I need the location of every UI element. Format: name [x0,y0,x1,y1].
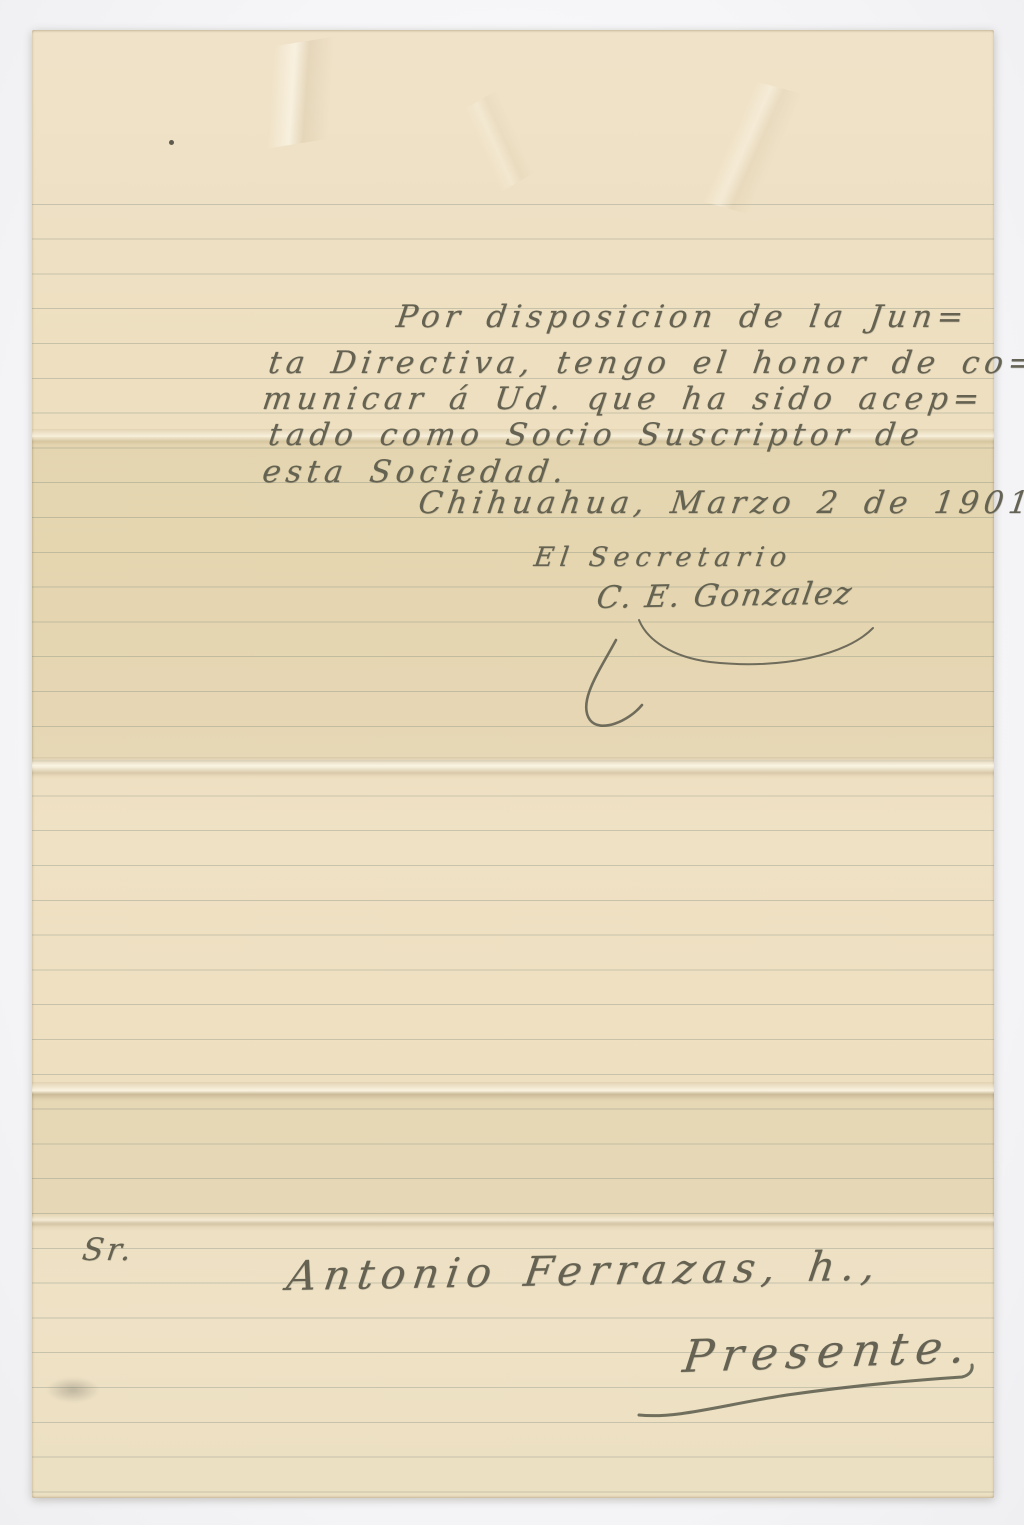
paper-tint-band [32,1092,994,1223]
recipient-salutation: Sr. [80,1232,137,1268]
letter-sheet: Por disposicion de la Jun= ta Directiva,… [32,30,994,1498]
wrinkle-mark [357,41,627,249]
fold-crease-lower [32,1082,994,1102]
wrinkle-mark [116,18,467,170]
scan-background: Por disposicion de la Jun= ta Directiva,… [0,0,1024,1525]
paper-tint-band [32,767,994,1092]
dateline: Chihuahua, Marzo 2 de 1901. [416,484,1024,522]
signature-title: El Secretario [532,542,795,573]
signature-name: C. E. Gonzalez [594,576,856,616]
recipient-name: Antonio Ferrazas, h., [284,1242,885,1300]
ink-dot [169,140,174,145]
body-line-3: municar á Ud. que ha sido acep= [260,380,987,418]
wrinkle-mark [580,43,903,246]
recipient-delivery: Presente. [680,1320,976,1383]
fold-crease-bottom [32,1215,994,1231]
body-line-1: Por disposicion de la Jun= [394,298,971,336]
body-line-2: ta Directiva, tengo el honor de co= [266,344,1024,382]
fold-crease-middle [32,757,994,779]
body-line-4: tado como Socio Suscriptor de [266,416,926,454]
smudge-mark [46,1377,100,1403]
